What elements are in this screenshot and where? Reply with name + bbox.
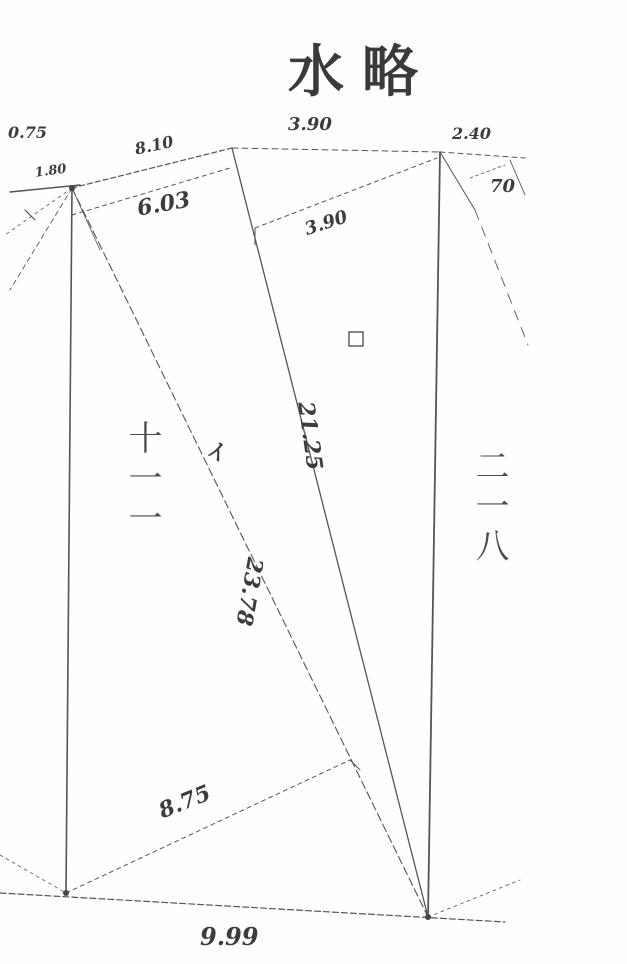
bottom-offset-line bbox=[66, 760, 350, 893]
top-right-point-label: 2.40 bbox=[452, 124, 491, 143]
sketch-title: 水略 bbox=[288, 28, 436, 108]
top-mid-edge bbox=[232, 148, 440, 152]
diagonal-mark: イ bbox=[206, 436, 228, 467]
top-right-sub-label: 70 bbox=[490, 176, 515, 197]
left-vertical-line bbox=[66, 188, 72, 893]
top-left-point-label: 0.75 bbox=[8, 123, 47, 142]
bottom-left-station bbox=[63, 890, 69, 896]
vertical-label-right: 二一八 bbox=[465, 448, 514, 568]
edge-label-top-mid: 3.90 bbox=[288, 114, 332, 135]
top-right-edge bbox=[440, 152, 525, 158]
right-vertical-line bbox=[428, 152, 440, 917]
top-left-station bbox=[69, 185, 75, 191]
center-square-mark bbox=[349, 332, 363, 346]
vertical-label-left: 十一一 bbox=[118, 420, 167, 540]
survey-sketch-sheet: 水略 0.75 1.80 8.10 6.03 3.90 3.90 2.40 70… bbox=[0, 0, 627, 964]
bottom-right-station bbox=[425, 914, 431, 920]
survey-lines bbox=[0, 0, 627, 964]
edge-label-bottom: 9.99 bbox=[200, 922, 258, 951]
long-diagonal-line bbox=[72, 188, 428, 917]
